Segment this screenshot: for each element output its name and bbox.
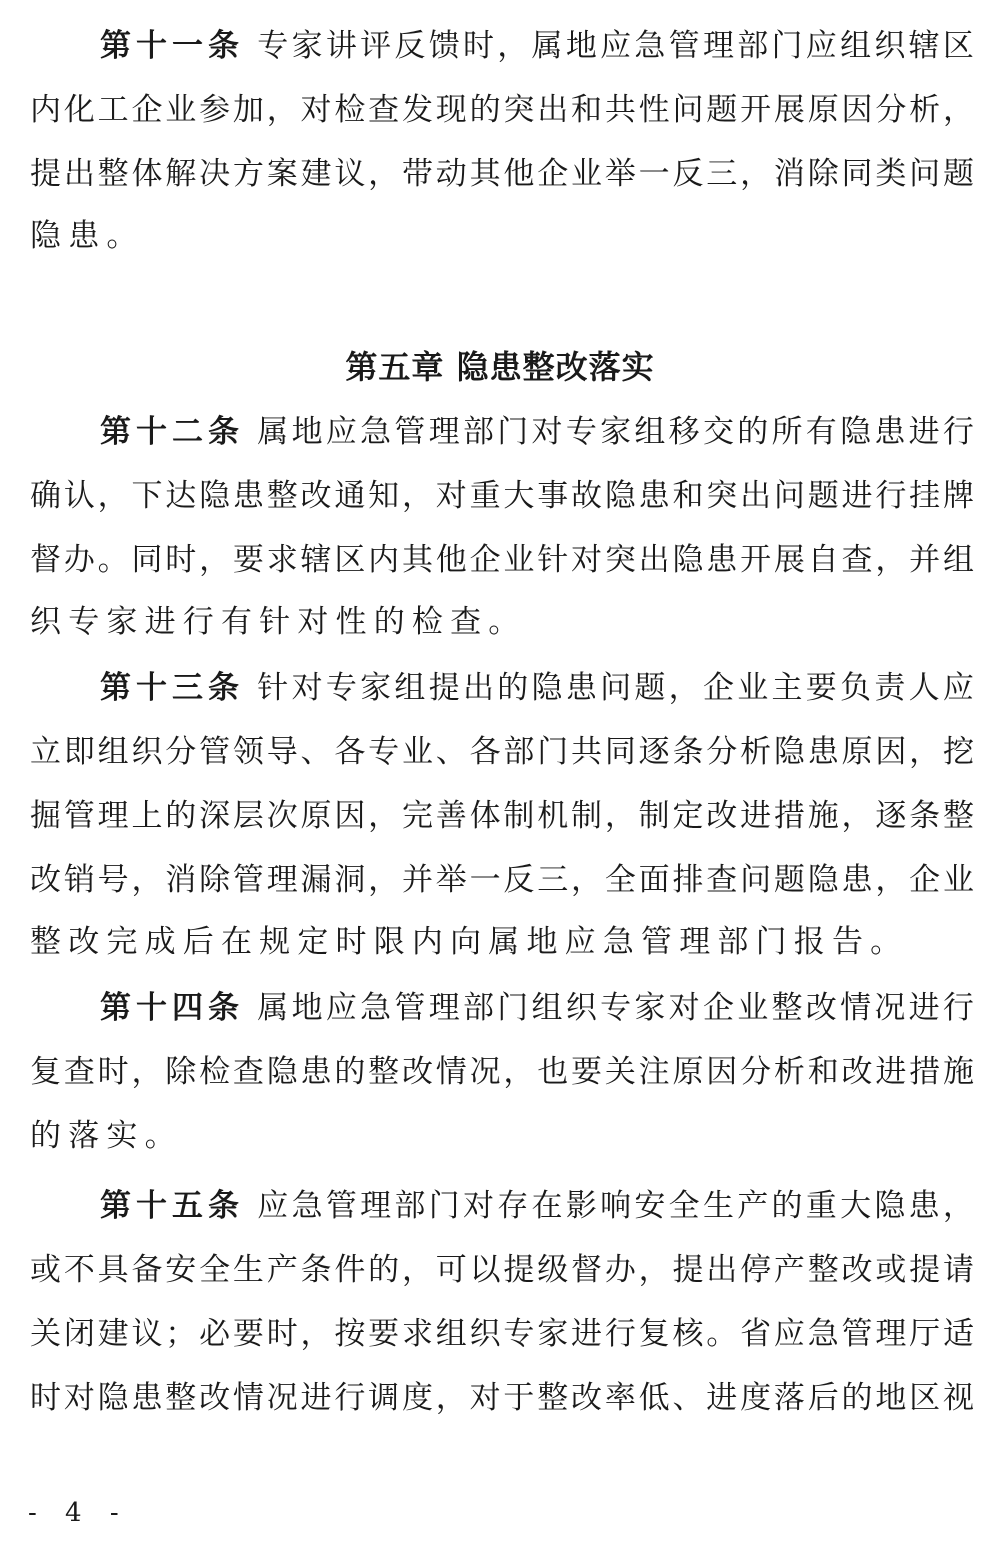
article-label: 第十三条 bbox=[100, 664, 244, 712]
article-13-line-2: 立即组织分管领导、各专业、各部门共同逐条分析隐患原因，挖 bbox=[30, 728, 974, 776]
article-13-line-5: 整改完成后在规定时限内向属地应急管理部门报告。 bbox=[30, 918, 974, 966]
page-number: - 4 - bbox=[28, 1498, 129, 1528]
article-15-line-3: 关闭建议；必要时，按要求组织专家进行复核。省应急管理厅适 bbox=[30, 1310, 974, 1358]
article-14-line-1: 第十四条属地应急管理部门组织专家对企业整改情况进行 bbox=[100, 984, 974, 1032]
article-13-line-4: 改销号，消除管理漏洞，并举一反三，全面排查问题隐患，企业 bbox=[30, 856, 974, 904]
article-11-line-3: 提出整体解决方案建议，带动其他企业举一反三，消除同类问题 bbox=[30, 150, 974, 198]
article-13-line-1: 第十三条针对专家组提出的隐患问题，企业主要负责人应 bbox=[100, 664, 974, 712]
article-12-line-4: 织专家进行有针对性的检查。 bbox=[30, 598, 974, 646]
article-label: 第十一条 bbox=[100, 22, 244, 70]
article-11-line-4: 隐患。 bbox=[30, 212, 974, 260]
article-12-line-3: 督办。同时，要求辖区内其他企业针对突出隐患开展自查，并组 bbox=[30, 536, 974, 584]
article-11-line-2: 内化工企业参加，对检查发现的突出和共性问题开展原因分析， bbox=[30, 86, 974, 134]
article-12-line-1: 第十二条属地应急管理部门对专家组移交的所有隐患进行 bbox=[100, 408, 974, 456]
article-13-line-3: 掘管理上的深层次原因，完善体制机制，制定改进措施，逐条整 bbox=[30, 792, 974, 840]
article-label: 第十二条 bbox=[100, 408, 244, 456]
article-15-line-1: 第十五条应急管理部门对存在影响安全生产的重大隐患， bbox=[100, 1182, 974, 1230]
article-label: 第十四条 bbox=[100, 984, 244, 1032]
article-label: 第十五条 bbox=[100, 1182, 244, 1230]
chapter-heading: 第五章 隐患整改落实 bbox=[0, 343, 1000, 391]
article-14-line-2: 复查时，除检查隐患的整改情况，也要关注原因分析和改进措施 bbox=[30, 1048, 974, 1096]
article-12-line-2: 确认，下达隐患整改通知，对重大事故隐患和突出问题进行挂牌 bbox=[30, 472, 974, 520]
article-11-line-1: 第十一条专家讲评反馈时，属地应急管理部门应组织辖区 bbox=[100, 22, 974, 70]
article-14-line-3: 的落实。 bbox=[30, 1112, 974, 1160]
article-15-line-4: 时对隐患整改情况进行调度，对于整改率低、进度落后的地区视 bbox=[30, 1374, 974, 1422]
article-15-line-2: 或不具备安全生产条件的，可以提级督办，提出停产整改或提请 bbox=[30, 1246, 974, 1294]
